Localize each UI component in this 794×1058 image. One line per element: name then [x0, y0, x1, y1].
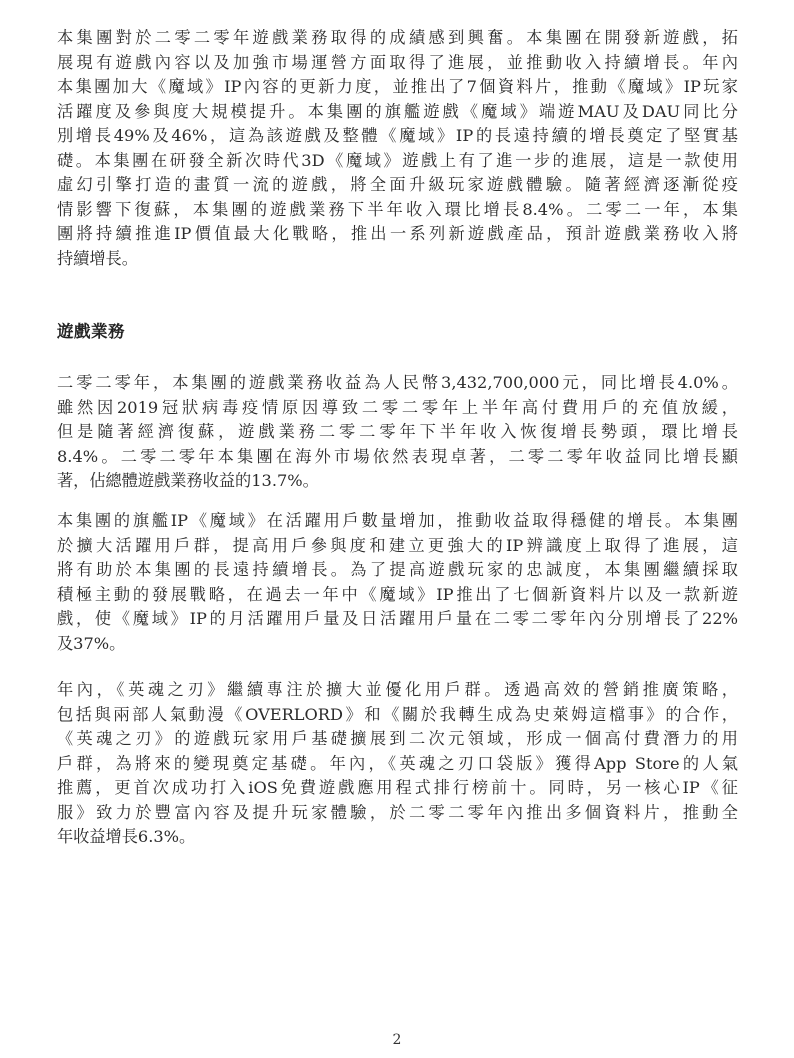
- text-line: 展現有遊戲內容以及加強市場運營方面取得了進展，並推動收入持續增長。年內: [57, 51, 738, 76]
- text-line: 戲，使《魔域》IP的月活躍用戶量及日活躍用戶量在二零二零年內分別增長了22%: [57, 607, 738, 632]
- text-line: 積極主動的發展戰略，在過去一年中《魔域》IP推出了七個新資料片以及一款新遊: [57, 583, 738, 608]
- heroes-evolved-paragraph: 年內，《英魂之刃》繼續專注於擴大並優化用戶群。透過高效的營銷推廣策略， 包括與兩…: [57, 678, 738, 850]
- text-line: 持續增長。: [57, 247, 738, 272]
- text-line: 包括與兩部人氣動漫《OVERLORD》和《關於我轉生成為史萊姆這檔事》的合作，: [57, 703, 738, 728]
- text-line: 將有助於本集團的長遠持續增長。為了提高遊戲玩家的忠誠度，本集團繼續採取: [57, 558, 738, 583]
- text-line: 著，佔總體遊戲業務收益的13.7%。: [57, 469, 738, 494]
- section-heading: 遊戲業務: [57, 318, 125, 342]
- text-line: 情影響下復蘇，本集團的遊戲業務下半年收入環比增長8.4%。二零二一年，本集: [57, 198, 738, 223]
- text-line: 戶群，為將來的變現奠定基礎。年內，《英魂之刃口袋版》獲得App Store的人氣: [57, 752, 738, 777]
- text-line: 虛幻引擎打造的畫質一流的遊戲，將全面升級玩家遊戲體驗。隨著經濟逐漸從疫: [57, 173, 738, 198]
- text-line: 8.4%。二零二零年本集團在海外市場依然表現卓著，二零二零年收益同比增長顯: [57, 445, 738, 470]
- text-line: 本集團的旗艦IP《魔域》在活躍用戶數量增加，推動收益取得穩健的增長。本集團: [57, 509, 738, 534]
- text-line: 服》致力於豐富內容及提升玩家體驗，於二零二零年內推出多個資料片，推動全: [57, 801, 738, 826]
- text-line: 活躍度及參與度大規模提升。本集團的旗艦遊戲《魔域》端遊MAU及DAU同比分: [57, 100, 738, 125]
- text-line: 年收益增長6.3%。: [57, 825, 738, 850]
- intro-paragraph: 本集團對於二零二零年遊戲業務取得的成績感到興奮。本集團在開發新遊戲，拓 展現有遊…: [57, 26, 738, 271]
- text-line: 但是隨著經濟復蘇，遊戲業務二零二零年下半年收入恢復增長勢頭，環比增長: [57, 420, 738, 445]
- text-line: 推薦，更首次成功打入iOS免費遊戲應用程式排行榜前十。同時，另一核心IP《征: [57, 776, 738, 801]
- text-line: 二零二零年，本集團的遊戲業務收益為人民幣3,432,700,000元，同比增長4…: [57, 371, 738, 396]
- flagship-ip-paragraph: 本集團的旗艦IP《魔域》在活躍用戶數量增加，推動收益取得穩健的增長。本集團 於擴…: [57, 509, 738, 656]
- text-line: 年內，《英魂之刃》繼續專注於擴大並優化用戶群。透過高效的營銷推廣策略，: [57, 678, 738, 703]
- text-line: 雖然因2019冠狀病毒疫情原因導致二零二零年上半年高付費用戶的充值放緩，: [57, 396, 738, 421]
- text-line: 及37%。: [57, 632, 738, 657]
- text-line: 本集團加大《魔域》IP內容的更新力度，並推出了7個資料片，推動《魔域》IP玩家: [57, 75, 738, 100]
- text-line: 別增長49%及46%，這為該遊戲及整體《魔域》IP的長遠持續的增長奠定了堅實基: [57, 124, 738, 149]
- text-line: 團將持續推進IP價值最大化戰略，推出一系列新遊戲產品，預計遊戲業務收入將: [57, 222, 738, 247]
- text-line: 於擴大活躍用戶群，提高用戶參與度和建立更強大的IP辨識度上取得了進展，這: [57, 534, 738, 559]
- page-number: 2: [0, 1032, 794, 1048]
- text-line: 礎。本集團在研發全新次時代3D《魔域》遊戲上有了進一步的進展，這是一款使用: [57, 149, 738, 174]
- revenue-paragraph: 二零二零年，本集團的遊戲業務收益為人民幣3,432,700,000元，同比增長4…: [57, 371, 738, 494]
- text-line: 《英魂之刃》的遊戲玩家用戶基礎擴展到二次元領域，形成一個高付費潛力的用: [57, 727, 738, 752]
- text-line: 本集團對於二零二零年遊戲業務取得的成績感到興奮。本集團在開發新遊戲，拓: [57, 26, 738, 51]
